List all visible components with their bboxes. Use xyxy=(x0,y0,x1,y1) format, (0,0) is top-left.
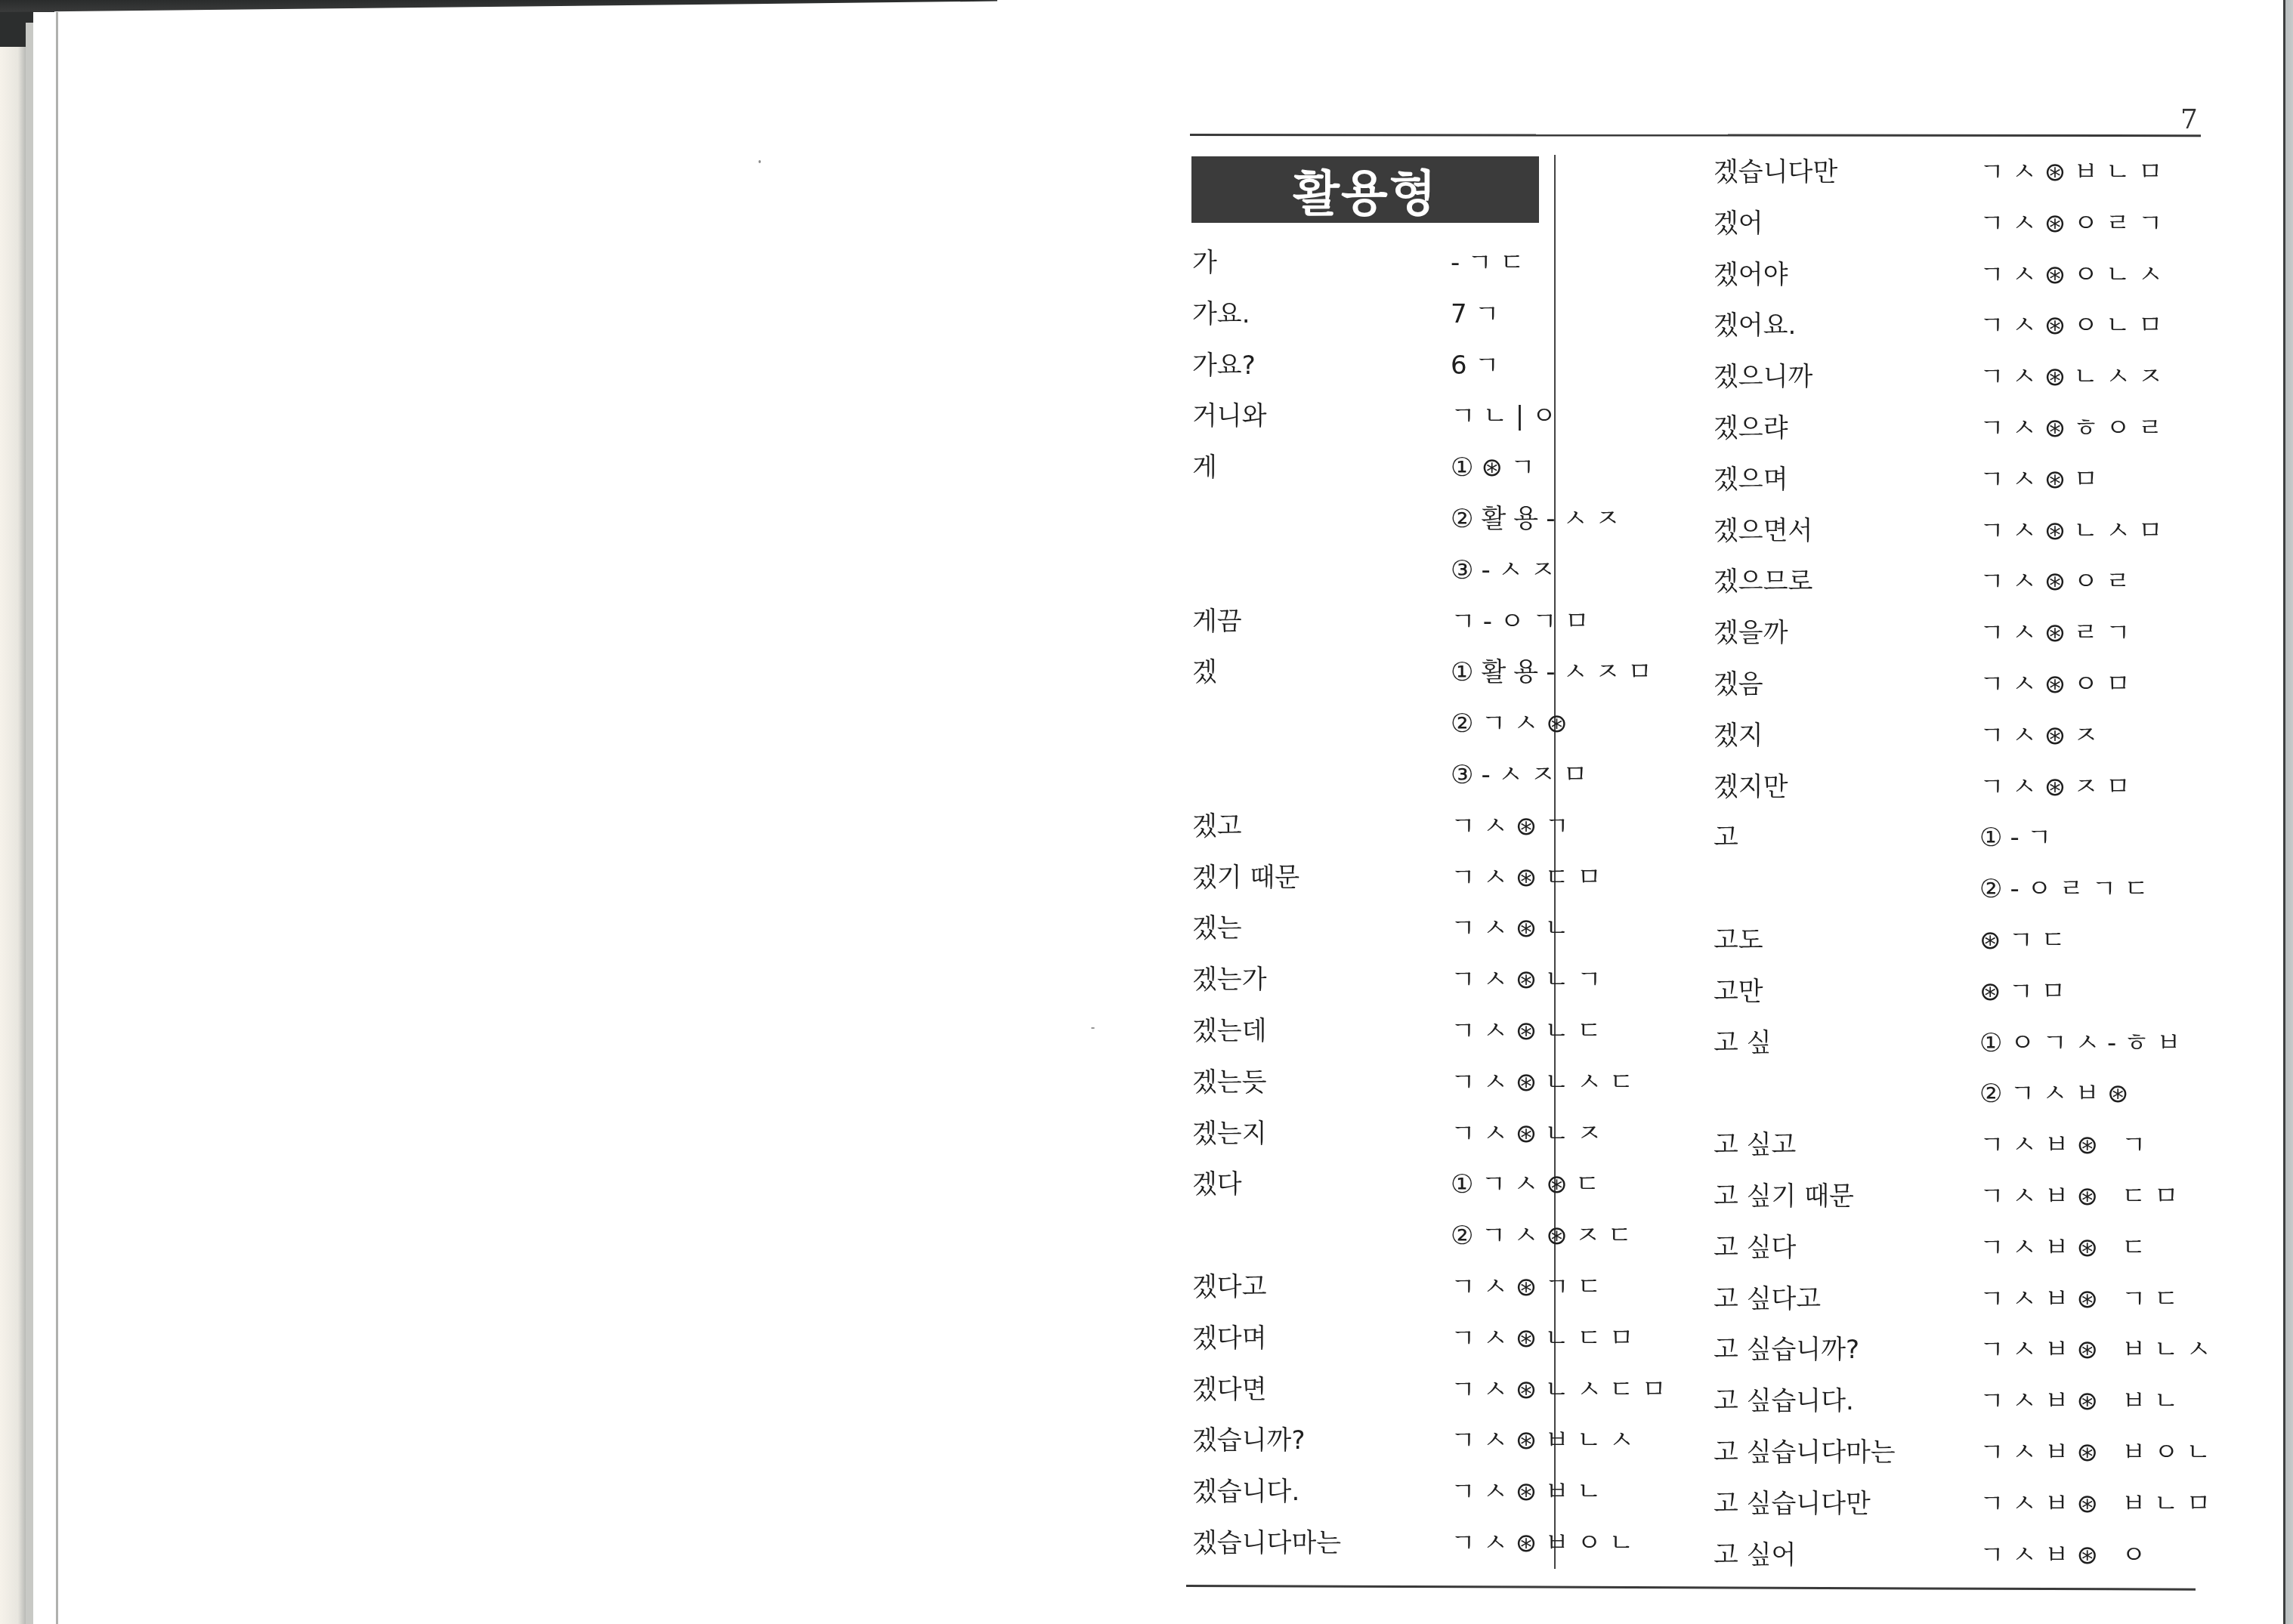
entry-braille-code: ㄱㅅ⊛ㅇㄹㄱ xyxy=(1979,201,2171,246)
section-title: 활용형 xyxy=(1293,155,1437,224)
entry-braille-code: ㄱㄴ|ㅇ xyxy=(1451,394,1564,439)
entry-braille-code: ①-ㄱ xyxy=(1979,815,2060,860)
entry-braille-code: ㄱㅅ⊛ㄴㅅㅈ xyxy=(1979,354,2171,400)
book-page-edge xyxy=(0,47,26,1624)
entry-braille-code: ㄱㅅ⊛ㄴㄱ xyxy=(1451,957,1609,1002)
entry-braille-code: 6ㄱ xyxy=(1451,343,1507,388)
entry-braille-code: ㄱㅅㅂ⊛ ㄷ xyxy=(1979,1225,2154,1270)
book-page-edge xyxy=(33,12,58,1624)
entry-braille-code: ①ㅇㄱㅅ-ㅎㅂ xyxy=(1979,1020,2189,1066)
entry-braille-code: ㄱㅅ⊛ㄴ xyxy=(1451,906,1577,951)
entry-braille-code: ①ㄱㅅ⊛ㄷ xyxy=(1451,1162,1608,1207)
entry-braille-code: ㄱㅅ⊛ㄱㄷ xyxy=(1451,1264,1609,1310)
entry-braille-code: ②ㄱㅅ⊛ xyxy=(1451,701,1575,746)
entry-term: 겠으며 xyxy=(1714,457,1788,502)
entry-braille-code: ①⊛ㄱ xyxy=(1451,445,1543,490)
page-number: 7 xyxy=(2180,104,2198,135)
entry-term: 겠음 xyxy=(1714,662,1763,707)
entry-term: 겠습니다. xyxy=(1192,1469,1299,1514)
entry-braille-code: ㄱㅅ⊛ㅇㄴㅁ xyxy=(1979,303,2171,348)
entry-braille-code: ⊛ㄱㅁ xyxy=(1979,969,2073,1014)
entry-braille-code: ②활용-ㅅㅈ xyxy=(1451,496,1627,542)
entry-term: 겠는 xyxy=(1192,906,1242,951)
entry-term: 겠지만 xyxy=(1714,764,1788,810)
entry-term: 거니와 xyxy=(1192,394,1267,439)
entry-term: 겠을까 xyxy=(1714,610,1788,656)
entry-term: 겠고 xyxy=(1192,804,1242,849)
entry-braille-code: ⊛ㄱㄷ xyxy=(1979,918,2073,963)
entry-term: 가 xyxy=(1192,240,1217,286)
entry-term: 고 xyxy=(1714,815,1738,860)
entry-term: 고 싶다고 xyxy=(1714,1277,1821,1322)
entry-term: 겠지 xyxy=(1714,713,1763,758)
entry-braille-code: ㄱㅅ⊛ㅇㅁ xyxy=(1979,662,2138,707)
entry-term: 고도 xyxy=(1714,918,1763,963)
entry-braille-code: -ㄱㄷ xyxy=(1451,240,1532,286)
entry-term: 겠는데 xyxy=(1192,1008,1267,1054)
left-page-blank xyxy=(58,12,1146,1624)
entry-term: 겠어야 xyxy=(1714,252,1788,298)
entry-term: 고만 xyxy=(1714,969,1763,1014)
entry-braille-code: ㄱㅅ⊛ㄴㅅㅁ xyxy=(1979,508,2171,554)
entry-term: 고 싶기 때문 xyxy=(1714,1174,1854,1219)
entry-term: 고 싶습니다. xyxy=(1714,1379,1854,1424)
entry-braille-code: ②-ㅇㄹㄱㄷ xyxy=(1979,866,2156,912)
entry-term: 겠는지 xyxy=(1192,1111,1267,1156)
entry-term: 겠다고 xyxy=(1192,1264,1267,1310)
entry-term: 겠는듯 xyxy=(1192,1060,1267,1105)
entry-braille-code: ②ㄱㅅㅂ⊛ xyxy=(1979,1071,2137,1116)
entry-term: 겠다면 xyxy=(1192,1367,1267,1413)
entry-braille-code: ㄱㅅ⊛ㅈ xyxy=(1979,713,2106,758)
entry-term: 겠으랴 xyxy=(1714,406,1788,451)
entry-term: 게 xyxy=(1192,445,1217,490)
entry-braille-code: ㄱㅅㅂ⊛ ㅂㄴ xyxy=(1979,1379,2186,1424)
entry-term: 고 싶 xyxy=(1714,1020,1772,1066)
entry-braille-code: ㄱㅅㅂ⊛ ㅂㄴㅅ xyxy=(1979,1327,2218,1372)
book-page-edge xyxy=(26,23,33,1624)
entry-term: 겠으니까 xyxy=(1714,354,1812,400)
entry-term: 겠으므로 xyxy=(1714,559,1812,604)
entry-braille-code: ㄱㅅ⊛ㄴㅅㄷ xyxy=(1451,1060,1642,1105)
entry-braille-code: ㄱㅅ⊛ㅇㄴㅅ xyxy=(1979,252,2171,298)
entry-braille-code: ㄱㅅ⊛ㅂㅇㄴ xyxy=(1451,1521,1642,1566)
entry-braille-code: ㄱㅅ⊛ㅂㄴㅁ xyxy=(1979,150,2171,195)
entry-braille-code: ①활용-ㅅㅈㅁ xyxy=(1451,650,1660,695)
entry-term: 고 싶다 xyxy=(1714,1225,1796,1270)
book-right-edge xyxy=(2283,0,2293,1624)
entry-braille-code: ㄱㅅ⊛ㄴㅈ xyxy=(1451,1111,1609,1156)
entry-braille-code: ㄱㅅㅂ⊛ ㄱㄷ xyxy=(1979,1277,2186,1322)
entry-braille-code: ㄱㅅ⊛ㅂㄴㅅ xyxy=(1451,1418,1642,1463)
entry-term: 겠으면서 xyxy=(1714,508,1812,554)
entry-term: 겠습니다마는 xyxy=(1192,1521,1341,1566)
entry-braille-code: ㄱㅅ⊛ㄹㄱ xyxy=(1979,610,2138,656)
entry-braille-code: ㄱㅅ⊛ㅂㄴ xyxy=(1451,1469,1609,1514)
entry-braille-code: ③-ㅅㅈㅁ xyxy=(1451,752,1595,798)
top-rule xyxy=(1190,134,2201,137)
entry-braille-code: ㄱㅅㅂ⊛ ㄱ xyxy=(1979,1122,2154,1168)
entry-braille-code: ③-ㅅㅈ xyxy=(1451,548,1562,593)
entry-braille-code: ㄱㅅㅂ⊛ ㅇ xyxy=(1979,1533,2154,1578)
entry-term: 겠어 xyxy=(1714,201,1763,246)
entry-term: 겠습니까? xyxy=(1192,1418,1305,1463)
entry-braille-code: ②ㄱㅅ⊛ㅈㄷ xyxy=(1451,1213,1639,1258)
entry-braille-code: ㄱㅅ⊛ㅈㅁ xyxy=(1979,764,2138,810)
entry-term: 고 싶고 xyxy=(1714,1122,1796,1168)
entry-braille-code: 7ㄱ xyxy=(1451,292,1507,337)
scan-top-shadow xyxy=(0,0,997,12)
entry-term: 겠는가 xyxy=(1192,957,1267,1002)
entry-braille-code: ㄱㅅ⊛ㄴㄷ xyxy=(1451,1008,1609,1054)
entry-term: 고 싶어 xyxy=(1714,1533,1796,1578)
entry-term: 겠다 xyxy=(1192,1162,1242,1207)
entry-braille-code: ㄱㅅ⊛ㄷㅁ xyxy=(1451,855,1609,900)
section-header-box: 활용형 xyxy=(1191,156,1539,223)
entry-term: 게끔 xyxy=(1192,599,1242,644)
entry-braille-code: ㄱㅅ⊛ㅎㅇㄹ xyxy=(1979,406,2171,451)
entry-braille-code: ㄱㅅㅂ⊛ ㅂㄴㅁ xyxy=(1979,1481,2218,1527)
entry-term: 겠습니다만 xyxy=(1714,150,1837,195)
entry-term: 고 싶습니다만 xyxy=(1714,1481,1871,1527)
entry-braille-code: ㄱㅅ⊛ㄱ xyxy=(1451,804,1577,849)
entry-braille-code: ㄱㅅㅂ⊛ ㅂㅇㄴ xyxy=(1979,1430,2218,1475)
entry-braille-code: ㄱㅅ⊛ㅁ xyxy=(1979,457,2106,502)
entry-term: 가요. xyxy=(1192,292,1250,337)
entry-term: 겠기 때문 xyxy=(1192,855,1299,900)
entry-braille-code: ㄱㅅ⊛ㅇㄹ xyxy=(1979,559,2138,604)
entry-braille-code: ㄱ-ㅇㄱㅁ xyxy=(1451,599,1597,644)
entry-term: 겠어요. xyxy=(1714,303,1796,348)
entry-braille-code: ㄱㅅㅂ⊛ ㄷㅁ xyxy=(1979,1174,2186,1219)
entry-term: 겠 xyxy=(1192,650,1217,695)
entry-term: 고 싶습니다마는 xyxy=(1714,1430,1896,1475)
bottom-rule xyxy=(1186,1585,2196,1591)
entry-braille-code: ㄱㅅ⊛ㄴㅅㄷㅁ xyxy=(1451,1367,1674,1413)
entry-term: 겠다며 xyxy=(1192,1316,1267,1361)
entry-braille-code: ㄱㅅ⊛ㄴㄷㅁ xyxy=(1451,1316,1642,1361)
entry-term: 가요? xyxy=(1192,343,1256,388)
entry-term: 고 싶습니까? xyxy=(1714,1327,1859,1372)
